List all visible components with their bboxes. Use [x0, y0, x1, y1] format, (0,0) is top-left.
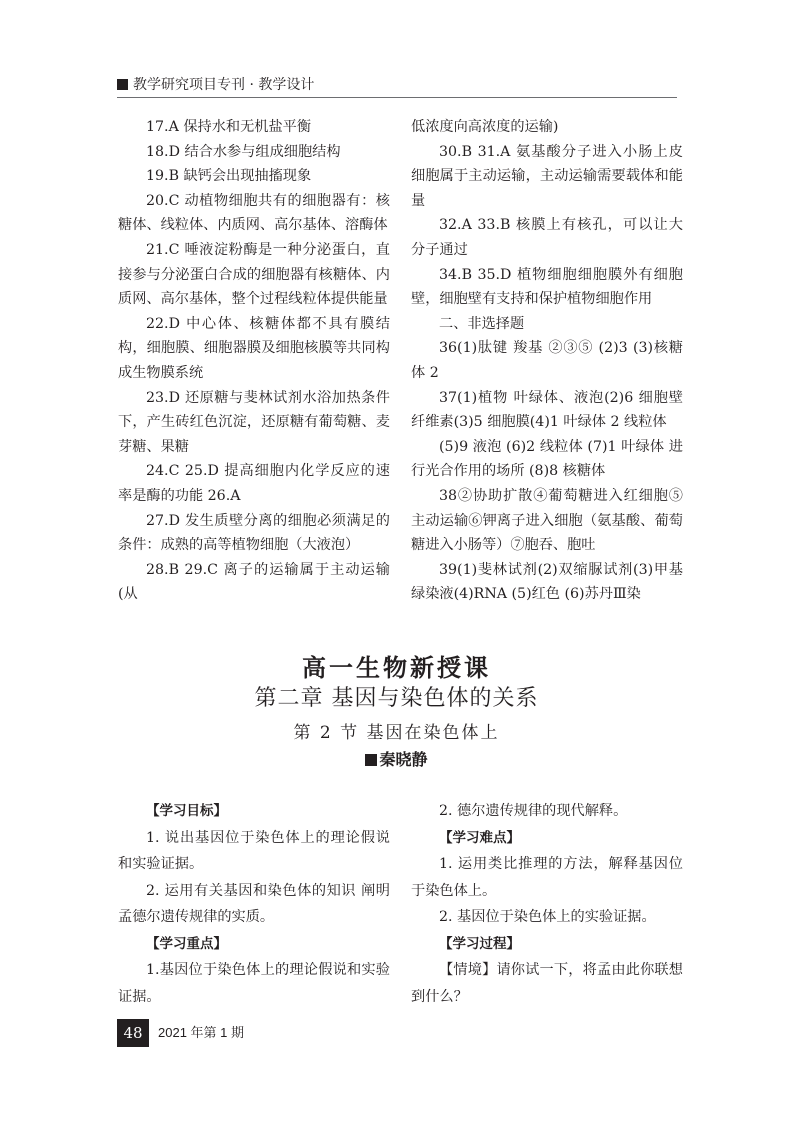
answer-paragraph: 低浓度向高浓度的运输)	[411, 115, 683, 140]
running-header: 教学研究项目专刊 · 教学设计	[117, 74, 677, 98]
answer-paragraph: 38②协助扩散④葡萄糖进入红细胞⑤主动运输⑥钾离子进入细胞（氨基酸、葡萄糖进入小…	[411, 484, 683, 558]
answers-column-left: 17.A 保持水和无机盐平衡 18.D 结合水参与组成细胞结构 19.B 缺钙会…	[118, 115, 390, 607]
body-paragraph: 2. 运用有关基因和染色体的知识 阐明孟德尔遗传规律的实质。	[118, 878, 390, 931]
author-line: 秦晓静	[0, 747, 793, 770]
answer-paragraph: 27.D 发生质壁分离的细胞必须满足的条件：成熟的高等植物细胞（大液泡）	[118, 509, 390, 558]
answer-paragraph: 28.B 29.C 离子的运输属于主动运输(从	[118, 558, 390, 607]
body-paragraph: 2. 基因位于染色体上的实验证据。	[411, 904, 683, 931]
section-heading: 二、非选择题	[411, 312, 683, 337]
body-column-right: 2. 德尔遗传规律的现代解释。 【学习难点】 1. 运用类比推理的方法，解释基因…	[411, 798, 683, 1010]
running-title: 教学研究项目专刊 · 教学设计	[133, 77, 314, 93]
answer-paragraph: 39(1)斐林试剂(2)双缩脲试剂(3)甲基绿染液(4)RNA (5)红色 (6…	[411, 558, 683, 607]
body-paragraph: 2. 德尔遗传规律的现代解释。	[411, 798, 683, 825]
heading-key-points: 【学习重点】	[118, 931, 390, 958]
answer-paragraph: 18.D 结合水参与组成细胞结构	[118, 140, 390, 165]
answer-paragraph: 37(1)植物 叶绿体、液泡(2)6 细胞壁纤维素(3)5 细胞膜(4)1 叶绿…	[411, 386, 683, 435]
heading-learning-goals: 【学习目标】	[118, 798, 390, 825]
body-paragraph: 1. 运用类比推理的方法，解释基因位于染色体上。	[411, 851, 683, 904]
author-name: 秦晓静	[379, 750, 427, 769]
answer-paragraph: 30.B 31.A 氨基酸分子进入小肠上皮细胞属于主动运输，主动运输需要载体和能…	[411, 140, 683, 214]
author-square-icon	[365, 754, 377, 766]
body-paragraph: 1.基因位于染色体上的理论假说和实验证据。	[118, 957, 390, 1010]
series-title: 高一生物新授课	[0, 648, 793, 683]
header-square-icon	[117, 79, 128, 90]
answer-paragraph: (5)9 液泡 (6)2 线粒体 (7)1 叶绿体 进行光合作用的场所 (8)8…	[411, 435, 683, 484]
answer-paragraph: 19.B 缺钙会出现抽搐现象	[118, 164, 390, 189]
heading-difficulties: 【学习难点】	[411, 825, 683, 852]
section-title: 第 2 节 基因在染色体上	[0, 718, 793, 743]
answers-column-right: 低浓度向高浓度的运输) 30.B 31.A 氨基酸分子进入小肠上皮细胞属于主动运…	[411, 115, 683, 607]
answer-paragraph: 17.A 保持水和无机盐平衡	[118, 115, 390, 140]
answer-paragraph: 32.A 33.B 核膜上有核孔，可以让大分子通过	[411, 213, 683, 262]
heading-process: 【学习过程】	[411, 931, 683, 958]
header-rule	[117, 97, 677, 98]
answer-paragraph: 36(1)肽键 羧基 ②③⑤ (2)3 (3)核糖体 2	[411, 336, 683, 385]
answer-paragraph: 24.C 25.D 提高细胞内化学反应的速率是酶的功能 26.A	[118, 459, 390, 508]
body-paragraph: 【情境】请你试一下，将孟由此你联想到什么？	[411, 957, 683, 1010]
answer-paragraph: 34.B 35.D 植物细胞细胞膜外有细胞壁，细胞壁有支持和保护植物细胞作用	[411, 263, 683, 312]
chapter-title: 第二章 基因与染色体的关系	[0, 681, 793, 712]
answer-paragraph: 20.C 动植物细胞共有的细胞器有：核糖体、线粒体、内质网、高尔基体、溶酶体	[118, 189, 390, 238]
page-number: 48	[117, 1019, 149, 1047]
answer-paragraph: 22.D 中心体、核糖体都不具有膜结构，细胞膜、细胞器膜及细胞核膜等共同构成生物…	[118, 312, 390, 386]
issue-label: 2021 年第 1 期	[158, 1019, 244, 1047]
body-paragraph: 1. 说出基因位于染色体上的理论假说和实验证据。	[118, 825, 390, 878]
answer-paragraph: 21.C 唾液淀粉酶是一种分泌蛋白，直接参与分泌蛋白合成的细胞器有核糖体、内质网…	[118, 238, 390, 312]
answer-paragraph: 23.D 还原糖与斐林试剂水浴加热条件下，产生砖红色沉淀，还原糖有葡萄糖、麦芽糖…	[118, 386, 390, 460]
body-column-left: 【学习目标】 1. 说出基因位于染色体上的理论假说和实验证据。 2. 运用有关基…	[118, 798, 390, 1010]
